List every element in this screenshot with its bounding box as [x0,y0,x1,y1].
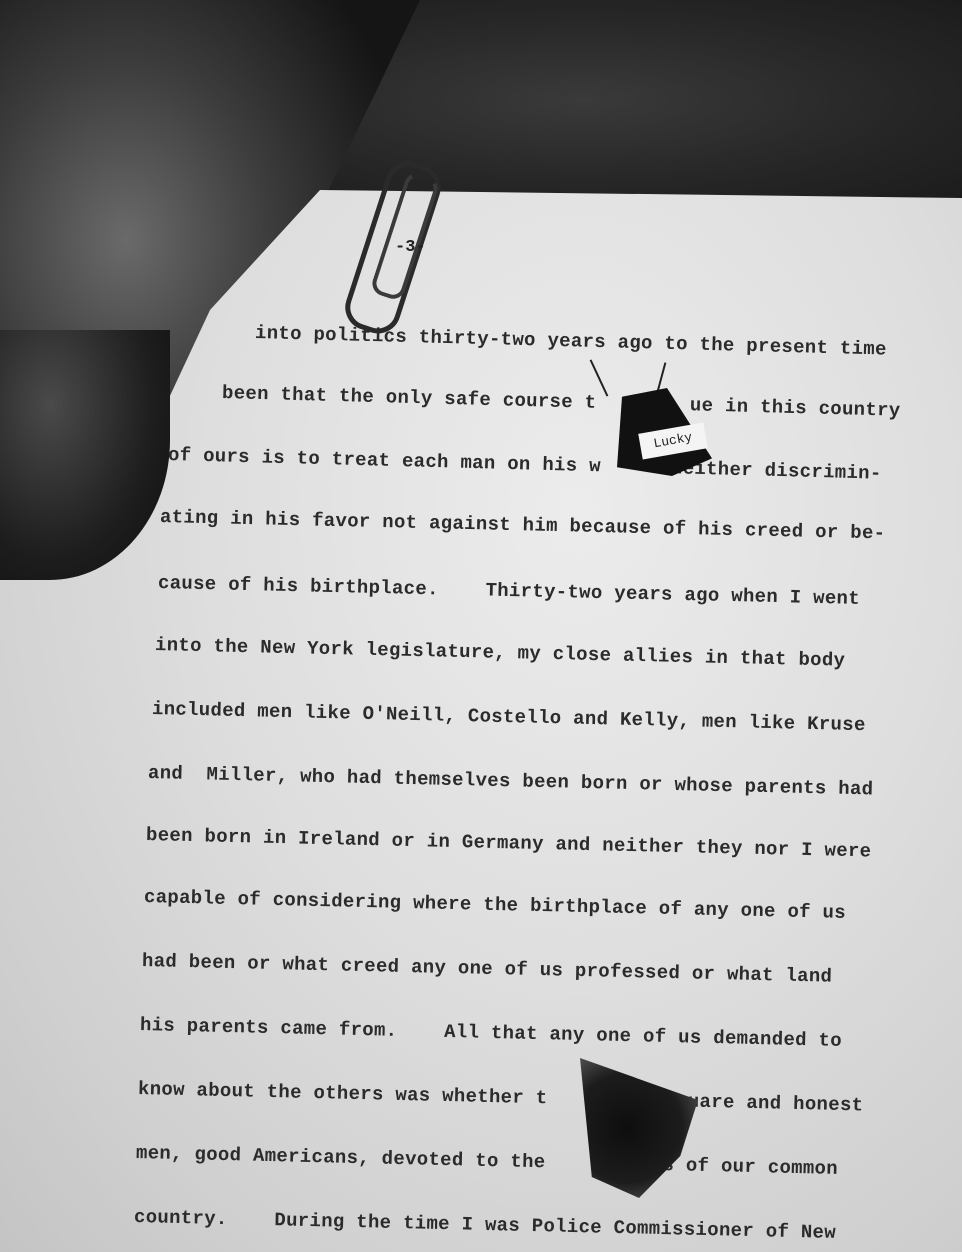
page-number: -3- [395,238,426,257]
